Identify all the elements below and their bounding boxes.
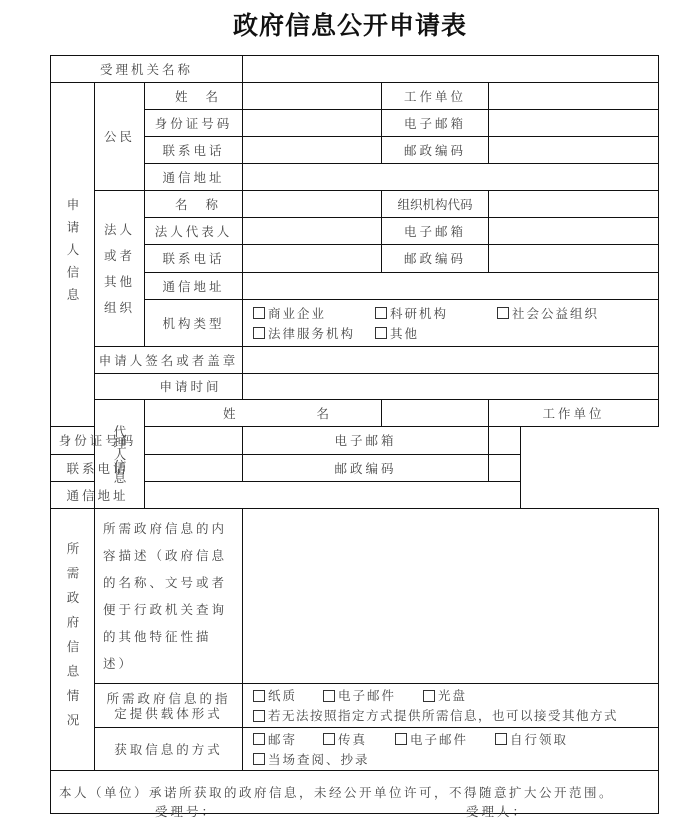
- method-option[interactable]: 传真: [323, 732, 395, 747]
- agent-address-field[interactable]: [145, 482, 521, 509]
- method-options: 邮寄 传真 电子邮件 自行领取 当场查阅、抄录: [243, 728, 659, 771]
- agent-name-label: 姓名: [145, 400, 382, 427]
- signature-label: 申请人签名或者盖章: [95, 347, 243, 374]
- pledge-statement: 本人（单位）承诺所获取的政府信息，未经公开单位许可，不得随意扩大公开范围。: [51, 771, 659, 814]
- citizen-name-label: 姓名: [145, 83, 243, 110]
- citizen-group-label: 公民: [95, 83, 145, 191]
- checkbox-icon[interactable]: [423, 690, 435, 702]
- applicant-section-label: 申请人信息: [51, 83, 95, 427]
- agent-address-label: 通信地址: [51, 482, 145, 509]
- org-email-label: 电子邮箱: [382, 218, 489, 245]
- checkbox-icon[interactable]: [253, 327, 265, 339]
- citizen-address-label: 通信地址: [145, 164, 243, 191]
- form-title: 政府信息公开申请表: [0, 6, 700, 42]
- agent-postcode-field[interactable]: [489, 455, 521, 482]
- org-name-field[interactable]: [243, 191, 382, 218]
- checkbox-icon[interactable]: [395, 733, 407, 745]
- agency-name-label: 受理机关名称: [51, 56, 243, 83]
- citizen-postcode-field[interactable]: [489, 137, 659, 164]
- citizen-email-label: 电子邮箱: [382, 110, 489, 137]
- method-label: 获取信息的方式: [95, 728, 243, 771]
- checkbox-icon[interactable]: [375, 307, 387, 319]
- citizen-work-field[interactable]: [489, 83, 659, 110]
- request-section-label: 所需政府信息情况: [51, 509, 95, 771]
- date-label: 申请时间: [95, 374, 243, 400]
- org-group-label: 法人 或者 其他 组织: [95, 191, 145, 347]
- org-type-option[interactable]: 科研机构: [375, 306, 497, 321]
- citizen-work-label: 工作单位: [382, 83, 489, 110]
- signature-field[interactable]: [243, 347, 659, 374]
- agent-email-field[interactable]: [489, 427, 521, 455]
- carrier-label: 所需政府信息的指定提供载体形式: [95, 684, 243, 728]
- checkbox-icon[interactable]: [495, 733, 507, 745]
- checkbox-icon[interactable]: [253, 307, 265, 319]
- checkbox-icon[interactable]: [253, 690, 265, 702]
- agent-id-field[interactable]: [145, 427, 243, 455]
- checkbox-icon[interactable]: [497, 307, 509, 319]
- org-type-label: 机构类型: [145, 300, 243, 347]
- agent-work-label: 工作单位: [489, 400, 659, 427]
- checkbox-icon[interactable]: [253, 733, 265, 745]
- agent-phone-field[interactable]: [145, 455, 243, 482]
- checkbox-icon[interactable]: [323, 690, 335, 702]
- carrier-fallback-option[interactable]: 若无法按照指定方式提供所需信息，也可以接受其他方式: [253, 708, 618, 723]
- org-code-label: 组织机构代码: [382, 191, 489, 218]
- checkbox-icon[interactable]: [323, 733, 335, 745]
- method-option[interactable]: 当场查阅、抄录: [253, 752, 370, 767]
- citizen-email-field[interactable]: [489, 110, 659, 137]
- agent-email-label: 电子邮箱: [243, 427, 489, 455]
- description-field[interactable]: [243, 509, 659, 684]
- citizen-name-field[interactable]: [243, 83, 382, 110]
- org-code-field[interactable]: [489, 191, 659, 218]
- method-option[interactable]: 自行领取: [495, 732, 568, 747]
- receipt-number-label: 受理号：: [155, 802, 217, 820]
- carrier-option[interactable]: 电子邮件: [323, 688, 423, 703]
- date-field[interactable]: [243, 374, 659, 400]
- carrier-options: 纸质 电子邮件 光盘 若无法按照指定方式提供所需信息，也可以接受其他方式: [243, 684, 659, 728]
- org-rep-field[interactable]: [243, 218, 382, 245]
- org-type-option[interactable]: 商业企业: [253, 306, 375, 321]
- method-option[interactable]: 邮寄: [253, 732, 323, 747]
- receiver-label: 受理人：: [466, 802, 528, 820]
- org-name-label: 名称: [145, 191, 243, 218]
- agent-phone-label: 联系电话: [51, 455, 145, 482]
- checkbox-icon[interactable]: [253, 710, 265, 722]
- org-type-option[interactable]: 社会公益组织: [497, 306, 599, 321]
- application-form-table: 受理机关名称 申请人信息 公民 姓名 工作单位 身份证号码 电子邮箱 联系电话 …: [50, 55, 659, 814]
- org-email-field[interactable]: [489, 218, 659, 245]
- method-option[interactable]: 电子邮件: [395, 732, 495, 747]
- checkbox-icon[interactable]: [253, 753, 265, 765]
- agent-postcode-label: 邮政编码: [243, 455, 489, 482]
- description-label: 所需政府信息的内容描述（政府信息的名称、文号或者便于行政机关查询的其他特征性描述…: [95, 509, 243, 684]
- agent-id-label: 身份证号码: [51, 427, 145, 455]
- org-rep-label: 法人代表人: [145, 218, 243, 245]
- agent-name-field[interactable]: [382, 400, 489, 427]
- org-postcode-field[interactable]: [489, 245, 659, 273]
- citizen-phone-field[interactable]: [243, 137, 382, 164]
- carrier-option[interactable]: 纸质: [253, 688, 323, 703]
- citizen-postcode-label: 邮政编码: [382, 137, 489, 164]
- citizen-phone-label: 联系电话: [145, 137, 243, 164]
- citizen-id-field[interactable]: [243, 110, 382, 137]
- org-phone-field[interactable]: [243, 245, 382, 273]
- org-type-options: 商业企业 科研机构 社会公益组织 法律服务机构 其他: [243, 300, 659, 347]
- agency-name-field[interactable]: [243, 56, 659, 83]
- citizen-address-field[interactable]: [243, 164, 659, 191]
- org-type-option[interactable]: 法律服务机构: [253, 326, 375, 341]
- carrier-option[interactable]: 光盘: [423, 688, 467, 703]
- citizen-id-label: 身份证号码: [145, 110, 243, 137]
- org-phone-label: 联系电话: [145, 245, 243, 273]
- org-type-option[interactable]: 其他: [375, 326, 419, 341]
- org-address-label: 通信地址: [145, 273, 243, 300]
- org-address-field[interactable]: [243, 273, 659, 300]
- org-postcode-label: 邮政编码: [382, 245, 489, 273]
- checkbox-icon[interactable]: [375, 327, 387, 339]
